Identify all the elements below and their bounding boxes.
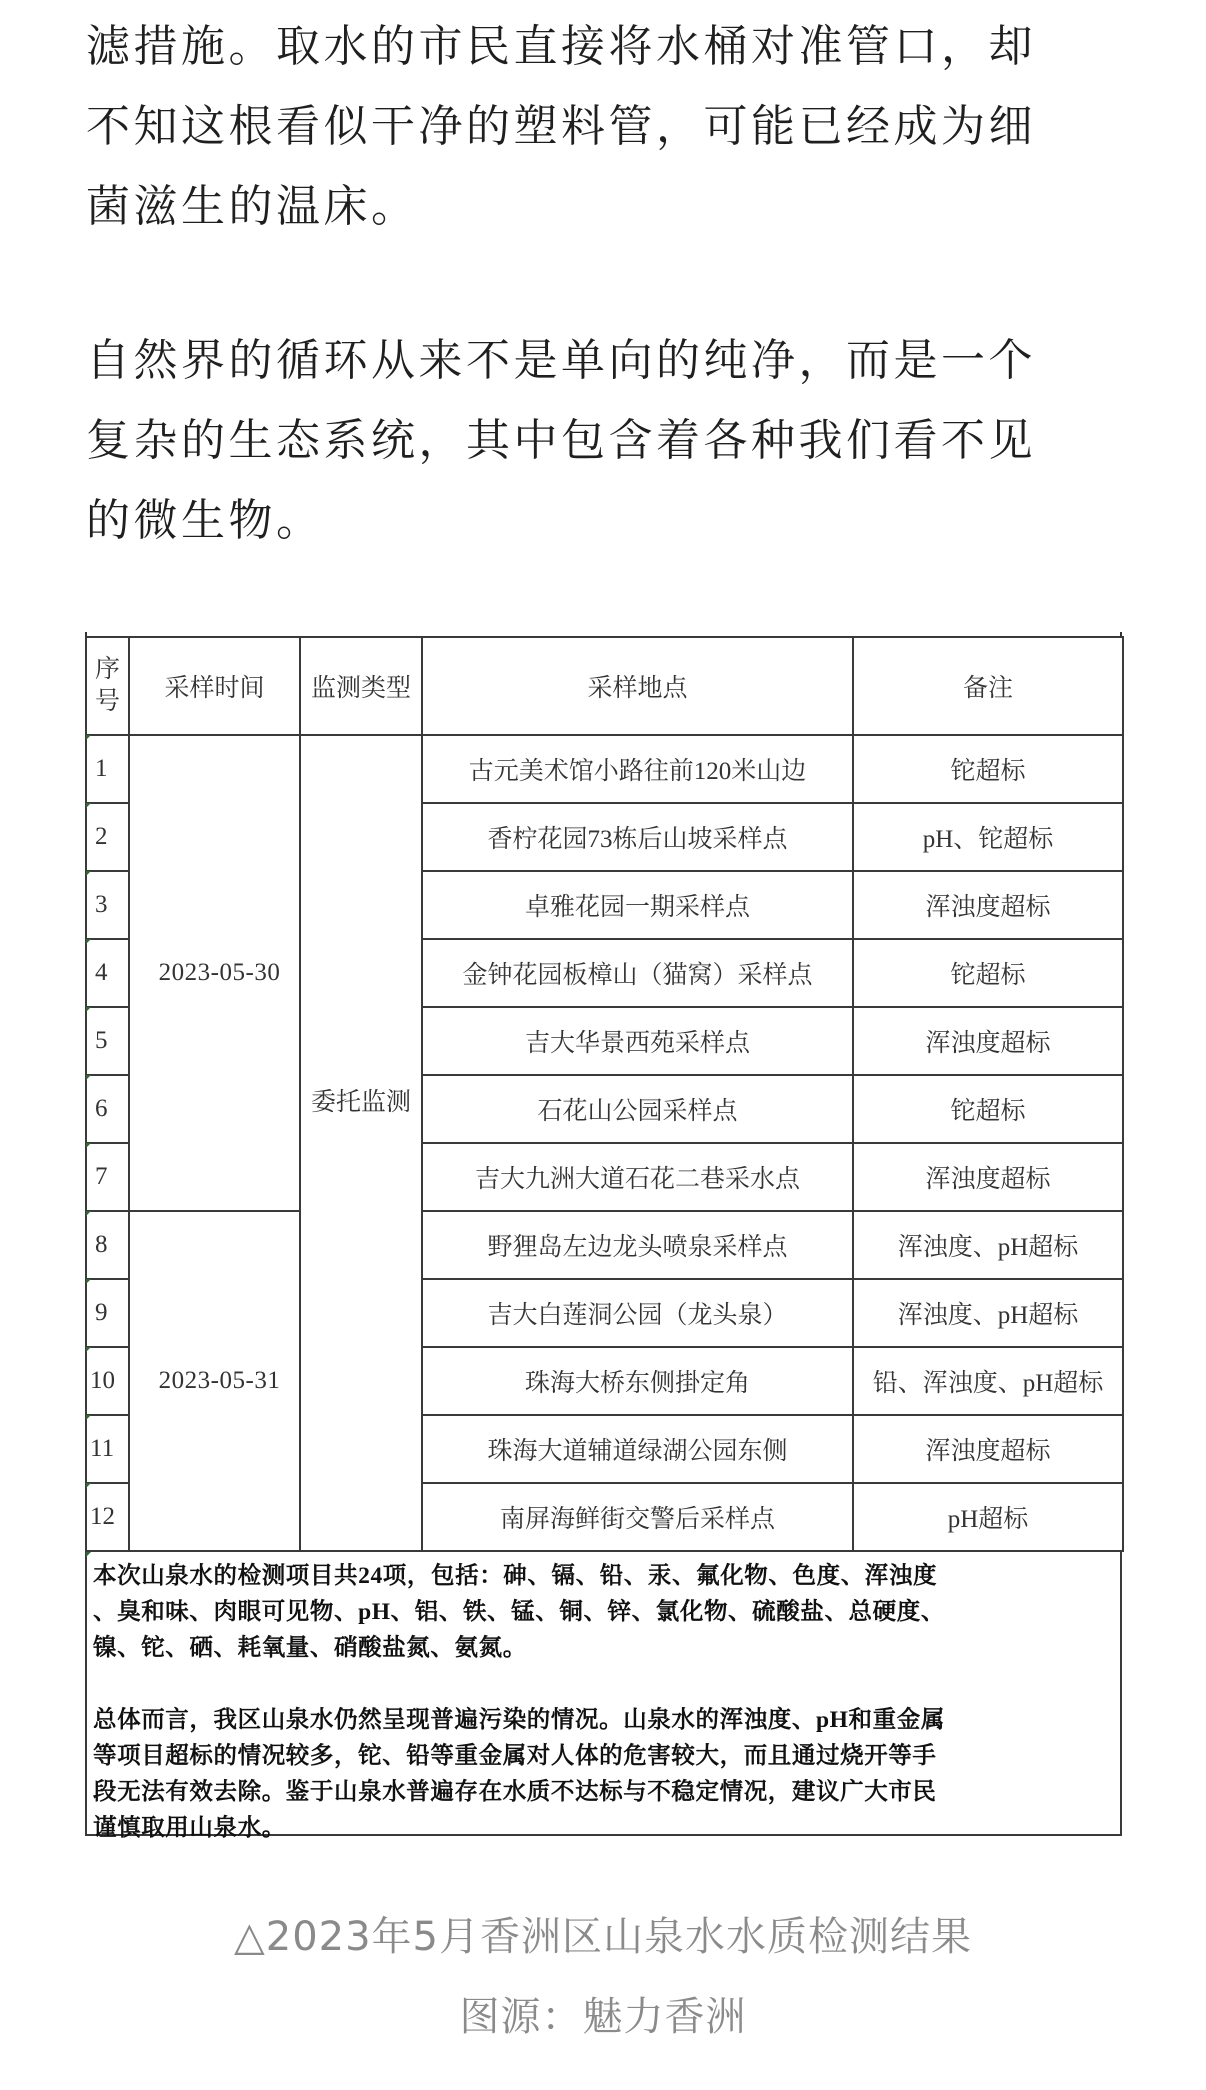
header-date: 采样时间	[129, 637, 300, 735]
excel-error-marker-icon	[86, 1075, 91, 1080]
excel-error-marker-icon	[86, 1552, 91, 1557]
cell-location: 南屏海鲜街交警后采样点	[422, 1483, 853, 1551]
cell-seq: 4	[86, 939, 129, 1007]
cell-date: 2023-05-31	[129, 1211, 300, 1551]
note-test-items: 本次山泉水的检测项目共24项，包括：砷、镉、铅、汞、氟化物、色度、浑浊度 、臭和…	[93, 1558, 1114, 1666]
paragraph-line: 不知这根看似干净的塑料管，可能已经成为细	[86, 87, 1126, 167]
excel-error-marker-icon	[86, 1415, 91, 1420]
cell-seq: 6	[86, 1075, 129, 1143]
cell-location: 野狸岛左边龙头喷泉采样点	[422, 1211, 853, 1279]
note-summary: 总体而言，我区山泉水仍然呈现普遍污染的情况。山泉水的浑浊度、pH和重金属 等项目…	[93, 1702, 1114, 1846]
cell-seq: 7	[86, 1143, 129, 1211]
cell-date: 2023-05-30	[129, 735, 300, 1211]
table-header-row: 序号 采样时间 监测类型 采样地点 备注	[86, 637, 1123, 735]
cell-remark: 铊超标	[853, 735, 1123, 803]
excel-error-marker-icon	[86, 1279, 91, 1284]
cell-seq: 11	[86, 1415, 129, 1483]
cell-location: 香柠花园73栋后山坡采样点	[422, 803, 853, 871]
header-remark: 备注	[853, 637, 1123, 735]
cell-remark: 铊超标	[853, 939, 1123, 1007]
paragraph-line: 滤措施。取水的市民直接将水桶对准管口，却	[86, 7, 1126, 87]
cell-location: 古元美术馆小路往前120米山边	[422, 735, 853, 803]
paragraph-line: 的微生物。	[86, 481, 1126, 561]
cell-seq: 10	[86, 1347, 129, 1415]
cell-location: 吉大白莲洞公园（龙头泉）	[422, 1279, 853, 1347]
cell-remark: 浑浊度、pH超标	[853, 1211, 1123, 1279]
table-top-stubs	[85, 632, 1122, 636]
image-caption: △2023年5月香洲区山泉水水质检测结果	[0, 1905, 1206, 1962]
cell-seq: 9	[86, 1279, 129, 1347]
water-quality-table-image: 序号 采样时间 监测类型 采样地点 备注 1 2023-05-30 委托监测 古…	[85, 632, 1122, 1836]
cell-location: 吉大九洲大道石花二巷采水点	[422, 1143, 853, 1211]
cell-seq: 3	[86, 871, 129, 939]
water-quality-table: 序号 采样时间 监测类型 采样地点 备注 1 2023-05-30 委托监测 古…	[85, 636, 1124, 1552]
cell-monitor-type: 委托监测	[300, 735, 422, 1551]
cell-location: 石花山公园采样点	[422, 1075, 853, 1143]
table-note: 本次山泉水的检测项目共24项，包括：砷、镉、铅、汞、氟化物、色度、浑浊度 、臭和…	[85, 1552, 1122, 1836]
cell-remark: 铅、浑浊度、pH超标	[853, 1347, 1123, 1415]
excel-error-marker-icon	[86, 1347, 91, 1352]
paragraph-line: 自然界的循环从来不是单向的纯净，而是一个	[86, 321, 1126, 401]
cell-location: 金钟花园板樟山（猫窝）采样点	[422, 939, 853, 1007]
cell-remark: 浑浊度超标	[853, 1143, 1123, 1211]
paragraph-line: 复杂的生态系统，其中包含着各种我们看不见	[86, 401, 1126, 481]
excel-error-marker-icon	[86, 1483, 91, 1488]
cell-remark: 浑浊度、pH超标	[853, 1279, 1123, 1347]
cell-remark: 铊超标	[853, 1075, 1123, 1143]
cell-remark: 浑浊度超标	[853, 1007, 1123, 1075]
cell-seq: 2	[86, 803, 129, 871]
cell-location: 吉大华景西苑采样点	[422, 1007, 853, 1075]
cell-remark: pH超标	[853, 1483, 1123, 1551]
header-location: 采样地点	[422, 637, 853, 735]
excel-error-marker-icon	[86, 1007, 91, 1012]
table-row: 8 2023-05-31 野狸岛左边龙头喷泉采样点 浑浊度、pH超标	[86, 1211, 1123, 1279]
header-seq: 序号	[86, 637, 129, 735]
cell-location: 珠海大道辅道绿湖公园东侧	[422, 1415, 853, 1483]
header-type: 监测类型	[300, 637, 422, 735]
image-source: 图源：魅力香洲	[0, 1985, 1206, 2042]
table-row: 1 2023-05-30 委托监测 古元美术馆小路往前120米山边 铊超标	[86, 735, 1123, 803]
cell-seq: 12	[86, 1483, 129, 1551]
cell-seq: 5	[86, 1007, 129, 1075]
article-paragraph-2: 自然界的循环从来不是单向的纯净，而是一个 复杂的生态系统，其中包含着各种我们看不…	[86, 321, 1126, 561]
excel-error-marker-icon	[86, 735, 91, 740]
excel-error-marker-icon	[86, 871, 91, 876]
excel-error-marker-icon	[86, 1211, 91, 1216]
paragraph-line: 菌滋生的温床。	[86, 167, 1126, 247]
cell-remark: pH、铊超标	[853, 803, 1123, 871]
article-paragraph-1: 滤措施。取水的市民直接将水桶对准管口，却 不知这根看似干净的塑料管，可能已经成为…	[86, 7, 1126, 247]
excel-error-marker-icon	[86, 803, 91, 808]
cell-seq: 8	[86, 1211, 129, 1279]
cell-location: 卓雅花园一期采样点	[422, 871, 853, 939]
cell-location: 珠海大桥东侧掛定角	[422, 1347, 853, 1415]
excel-error-marker-icon	[86, 939, 91, 944]
cell-remark: 浑浊度超标	[853, 1415, 1123, 1483]
excel-error-marker-icon	[86, 1143, 91, 1148]
cell-seq: 1	[86, 735, 129, 803]
cell-remark: 浑浊度超标	[853, 871, 1123, 939]
